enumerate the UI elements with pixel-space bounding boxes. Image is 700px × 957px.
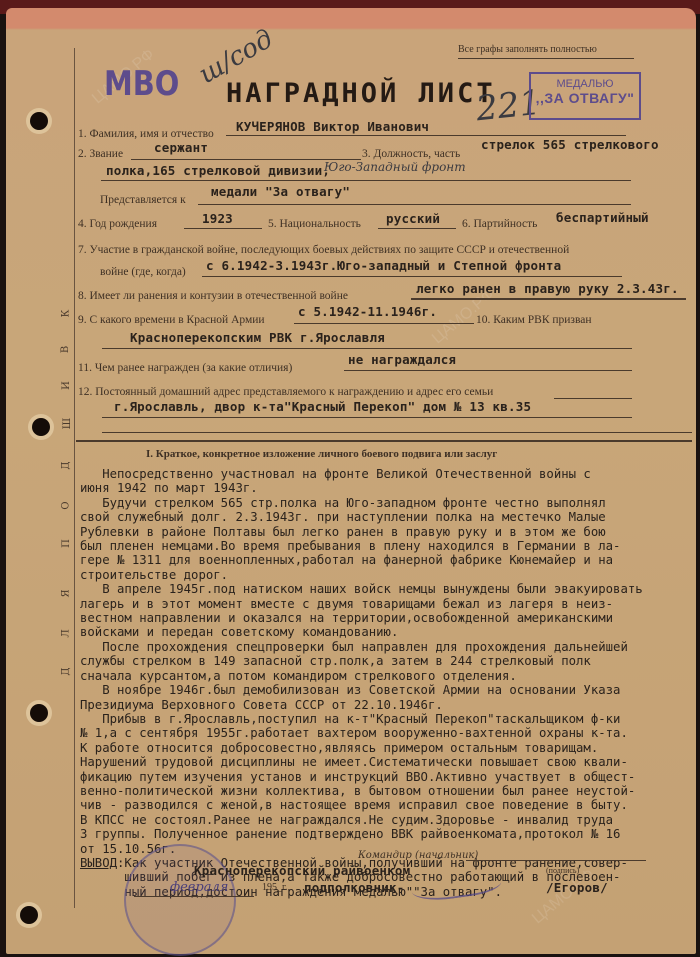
document-title: НАГРАДНОЙ ЛИСТ — [226, 78, 496, 109]
narrative-line: Непосредственно участновал на фронте Вел… — [80, 467, 700, 481]
field-nationality-value: русский — [386, 211, 440, 226]
signature-date: февраля — [170, 880, 228, 895]
presented-value: медали "За отвагу" — [211, 184, 350, 199]
underline — [184, 228, 262, 229]
fill-instruction: Все графы заполнять полностью — [458, 44, 597, 55]
narrative-line: № 1,а с сентября 1955г.работает вахтером… — [80, 726, 700, 740]
narrative-line: службы стрелком в 149 запасной стр.полк,… — [80, 654, 700, 668]
narrative-line: Рублевки в районе Полтавы был легко ране… — [80, 525, 700, 539]
field-army-since-value: с 5.1942-11.1946г. — [298, 304, 437, 319]
narrative-line: сначала курсантом,а потом командиром стр… — [80, 669, 700, 683]
underline — [226, 135, 626, 136]
narrative-line: свой служебный долг. 2.3.1943г. при наст… — [80, 510, 700, 524]
narrative-line: гере № 1311 для военнопленных,работал на… — [80, 553, 700, 567]
field-rank-label: 2. Звание — [78, 148, 123, 160]
underline — [198, 204, 631, 205]
narrative-line: строительстве дорог. — [80, 568, 700, 582]
medal-stamp-line2: ,,ЗА ОТВАГУ" — [531, 90, 639, 106]
field-name-value: КУЧЕРЯНОВ Виктор Иванович — [236, 119, 429, 134]
signature-name: /Егоров/ — [546, 880, 608, 895]
underline — [378, 228, 456, 229]
divider — [102, 432, 692, 433]
field-wounds-label: 8. Имеет ли ранения и контузии в отечест… — [78, 290, 348, 302]
field-prior-awards-value: не награждался — [348, 352, 456, 367]
margin-letter: П — [61, 539, 72, 548]
narrative-line: чив - разводился с женой,в настоящее вре… — [80, 798, 700, 812]
underline — [134, 896, 254, 897]
field-address-label: 12. Постоянный домашний адрес представля… — [78, 386, 493, 398]
field-party-label: 6. Партийность — [462, 218, 537, 230]
narrative-line: 3 группы. Полученное ранение подтвержден… — [80, 827, 700, 841]
field-position-label: 3. Должность, часть — [362, 148, 460, 160]
divider — [76, 440, 692, 442]
field-name-label: 1. Фамилия, имя и отчество — [78, 128, 214, 140]
margin-letter: Д — [61, 461, 72, 469]
underline — [102, 348, 632, 349]
margin-letter: В — [60, 346, 71, 353]
signature-rank: подполковник- — [304, 880, 404, 895]
section-heading: I. Краткое, конкретное изложение личного… — [146, 448, 497, 460]
underline — [102, 417, 632, 418]
narrative-line: фикацию путем изучения установ и инструк… — [80, 770, 700, 784]
punch-hole — [32, 418, 50, 436]
underline — [466, 860, 646, 861]
field-prior-awards-label: 11. Чем ранее награжден (за какие отличи… — [78, 362, 292, 374]
punch-hole — [30, 112, 48, 130]
narrative-line: июня 1942 по март 1943г. — [80, 481, 700, 495]
margin-letter: О — [61, 501, 72, 509]
underline — [554, 398, 632, 399]
field-participation-value: с 6.1942-3.1943г.Юго-западный и Степной … — [206, 258, 561, 273]
margin-letter: Ш — [62, 418, 73, 429]
margin-letter: И — [61, 381, 72, 390]
field-army-since-label: 9. С какого времени в Красной Армии — [78, 314, 265, 326]
presented-label: Представляется к — [100, 194, 186, 206]
underline — [202, 276, 622, 277]
narrative-line: После прохождения спецпроверки был напра… — [80, 640, 700, 654]
signature-org: Краснoперекопский райвоенком — [194, 863, 410, 878]
field-rank-value: сержант — [154, 140, 208, 155]
field-participation-label-cont: войне (где, когда) — [100, 266, 186, 278]
margin-letter: Л — [61, 629, 72, 637]
field-position-value: стрелок 565 стрелкового — [481, 137, 659, 152]
narrative-line: Прибыв в г.Ярославль,поступил на к-т"Кра… — [80, 712, 700, 726]
field-rvk-label: 10. Каким РВК призван — [476, 314, 592, 326]
underline — [294, 323, 474, 324]
narrative-line: В апреле 1945г.под натиском наших войск … — [80, 582, 700, 596]
mvo-stamp: МВО — [104, 64, 179, 104]
field-nationality-label: 5. Национальность — [268, 218, 361, 230]
punch-hole — [20, 906, 38, 924]
field-party-value: беспартийный — [556, 210, 649, 225]
narrative-line: венно-политической жизни коллектива, в б… — [80, 784, 700, 798]
field-birth-value: 1923 — [202, 211, 233, 226]
field-address-value: г.Ярославль, двор к-та"Красный Перекоп" … — [114, 399, 531, 414]
field-wounds-value: легко ранен в правую руку 2.3.43г. — [416, 281, 679, 296]
medal-stamp-line1: МЕДАЛЬЮ — [531, 78, 639, 90]
narrative-line: Будучи стрелком 565 стр.полка на Юго-зап… — [80, 496, 700, 510]
underline — [101, 180, 631, 181]
field-position-value-cont: полка,165 стрелковой дивизии, — [106, 163, 330, 178]
medal-stamp: МЕДАЛЬЮ ,,ЗА ОТВАГУ" — [529, 72, 641, 120]
margin-letter: Я — [61, 589, 72, 597]
signature-year: 195_г. — [262, 882, 287, 893]
commander-caption: Командир (начальник) — [358, 850, 478, 861]
field-birth-label: 4. Год рождения — [78, 218, 157, 230]
margin-line — [74, 48, 75, 908]
narrative-line: был пленен немцами.Во время пребывания в… — [80, 539, 700, 553]
narrative-line: Президиума Верховного Совета СССР от 22.… — [80, 698, 700, 712]
narrative-text: Непосредственно участновал на фронте Вел… — [80, 467, 700, 899]
narrative-line: В КПСС не состоял.Ранее не награждался.Н… — [80, 813, 700, 827]
narrative-line: К работе относится добросовестно,являясь… — [80, 741, 700, 755]
narrative-line: Нарушений трудовой дисциплины не имеет.С… — [80, 755, 700, 769]
signature-caption: (подпись) — [546, 866, 579, 875]
field-rvk-value: Краснoперекопским РВК г.Ярославля — [130, 330, 385, 345]
divider — [458, 58, 634, 59]
punch-hole — [30, 704, 48, 722]
round-seal-stamp — [124, 844, 236, 956]
field-participation-label: 7. Участие в гражданской войне, последую… — [78, 244, 569, 256]
field-front-handwritten: Юго-Западный фронт — [324, 160, 466, 174]
margin-letter: Д — [61, 667, 72, 675]
narrative-line: войсками и передан советскому командован… — [80, 625, 700, 639]
underline — [344, 370, 632, 371]
narrative-line: вестном направлении и оказался на террит… — [80, 611, 700, 625]
narrative-line: лагерь и в этот момент вместе с двумя то… — [80, 597, 700, 611]
underline — [411, 298, 686, 300]
margin-letter: К — [60, 310, 71, 318]
award-sheet: ЦАМО.РФ ЦАМО.РФ ЦАМО.РФ К В И Ш Д О П Я … — [6, 8, 696, 954]
narrative-line: В ноябре 1946г.был демобилизован из Сове… — [80, 683, 700, 697]
conclusion-label: ВЫВОД — [80, 856, 117, 870]
